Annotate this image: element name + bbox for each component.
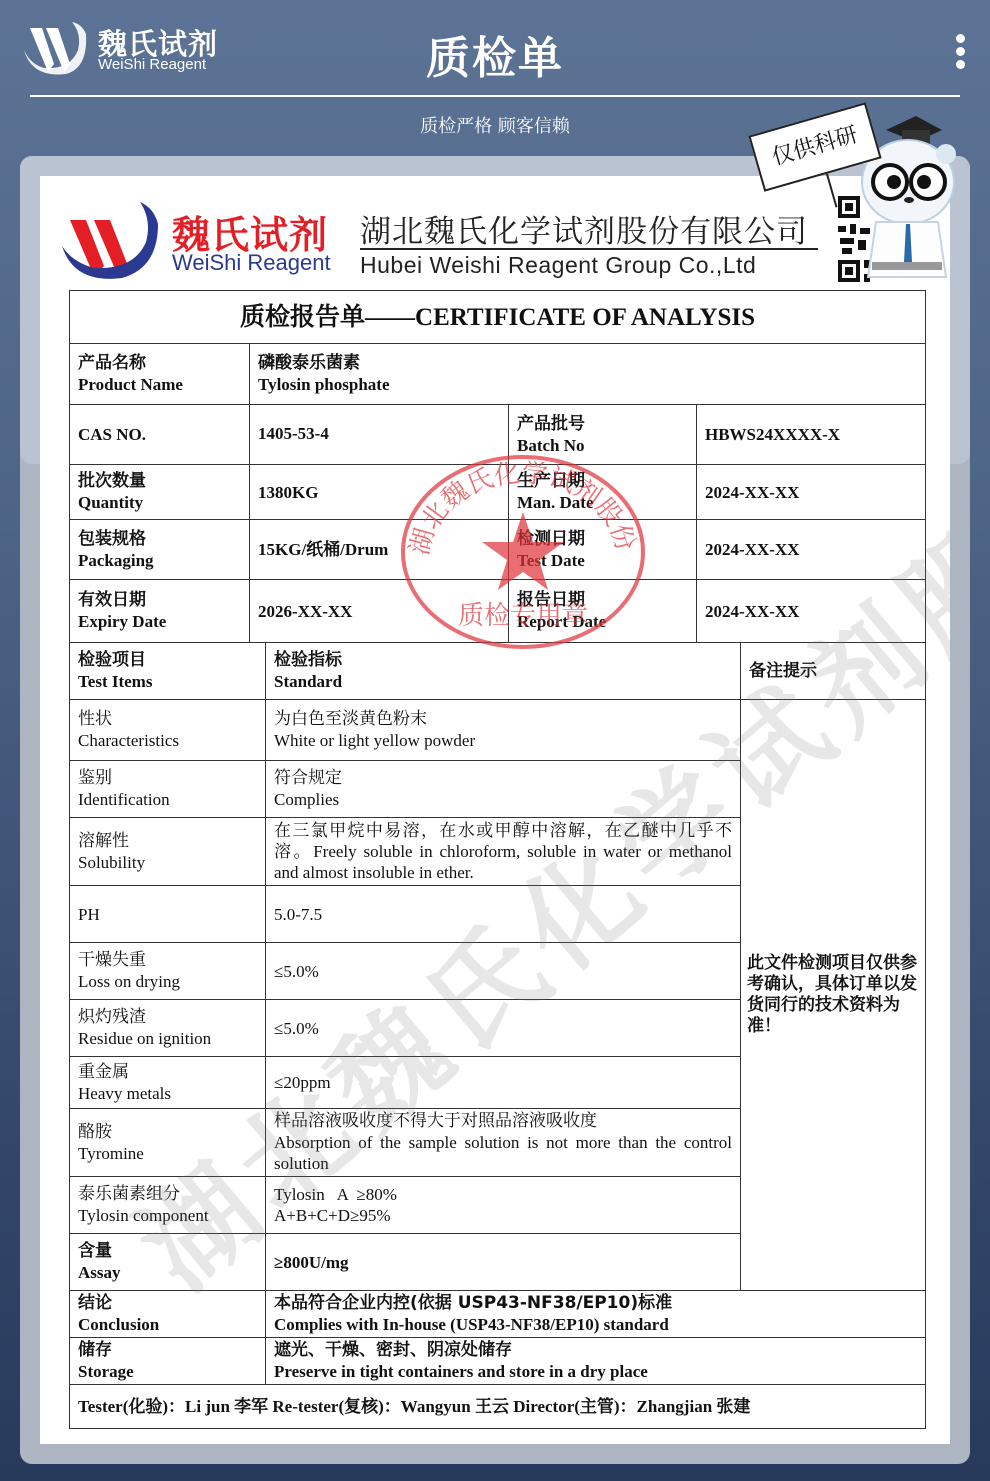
expiry-value: 2026-XX-XX — [250, 580, 509, 643]
product-name-label: 产品名称 Product Name — [70, 344, 250, 405]
more-menu-icon[interactable] — [954, 34, 966, 72]
test-date-value: 2024-XX-XX — [697, 520, 926, 580]
packaging-value: 15KG/纸桶/Drum — [250, 520, 509, 580]
packaging-label: 包装规格 Packaging — [70, 520, 250, 580]
table-row: 性状Characteristics 为白色至淡黄色粉末White or ligh… — [70, 700, 926, 761]
signatures: Tester(化验)：Li jun 李军 Re-tester(复核)：Wangy… — [70, 1385, 926, 1429]
storage-label: 储存Storage — [70, 1338, 266, 1385]
product-name-value: 磷酸泰乐菌素 Tylosin phosphate — [250, 344, 926, 405]
company-logo-en: WeiShi Reagent — [172, 250, 331, 276]
expiry-label: 有效日期 Expiry Date — [70, 580, 250, 643]
conclusion-value: 本品符合企业内控(依据 USP43-NF38/EP10)标准Complies w… — [266, 1291, 926, 1338]
report-date-value: 2024-XX-XX — [697, 580, 926, 643]
cas-value: 1405-53-4 — [250, 405, 509, 465]
conclusion-label: 结论Conclusion — [70, 1291, 266, 1338]
company-logo-icon — [60, 200, 165, 282]
batch-value: HBWS24XXXX-X — [697, 405, 926, 465]
company-name-cn: 湖北魏氏化学试剂股份有限公司 — [360, 206, 808, 251]
storage-value: 遮光、干燥、密封、阴凉处储存Preserve in tight containe… — [266, 1338, 926, 1385]
page-title: 质检单 — [0, 22, 990, 86]
remark-note: 此文件检测项目仅供参考确认，具体订单以发货同行的技术资料为准！ — [741, 700, 926, 1291]
test-date-label: 检测日期 Test Date — [509, 520, 697, 580]
col-header-test-items: 检验项目 Test Items — [70, 643, 266, 700]
cas-label: CAS NO. — [70, 405, 250, 465]
man-date-value: 2024-XX-XX — [697, 465, 926, 520]
col-header-standard: 检验指标 Standard — [266, 643, 741, 700]
certificate-table: 质检报告单——CERTIFICATE OF ANALYSIS 产品名称 Prod… — [69, 290, 926, 1429]
quantity-value: 1380KG — [250, 465, 509, 520]
certificate-title: 质检报告单——CERTIFICATE OF ANALYSIS — [70, 291, 926, 344]
man-date-label: 生产日期 Man. Date — [509, 465, 697, 520]
batch-label: 产品批号 Batch No — [509, 405, 697, 465]
report-date-label: 报告日期 Report Date — [509, 580, 697, 643]
col-header-remarks: 备注提示 — [741, 643, 926, 700]
company-name-rule — [360, 248, 818, 250]
header-divider — [30, 95, 960, 97]
quantity-label: 批次数量 Quantity — [70, 465, 250, 520]
company-name-en: Hubei Weishi Reagent Group Co.,Ltd — [360, 252, 756, 279]
